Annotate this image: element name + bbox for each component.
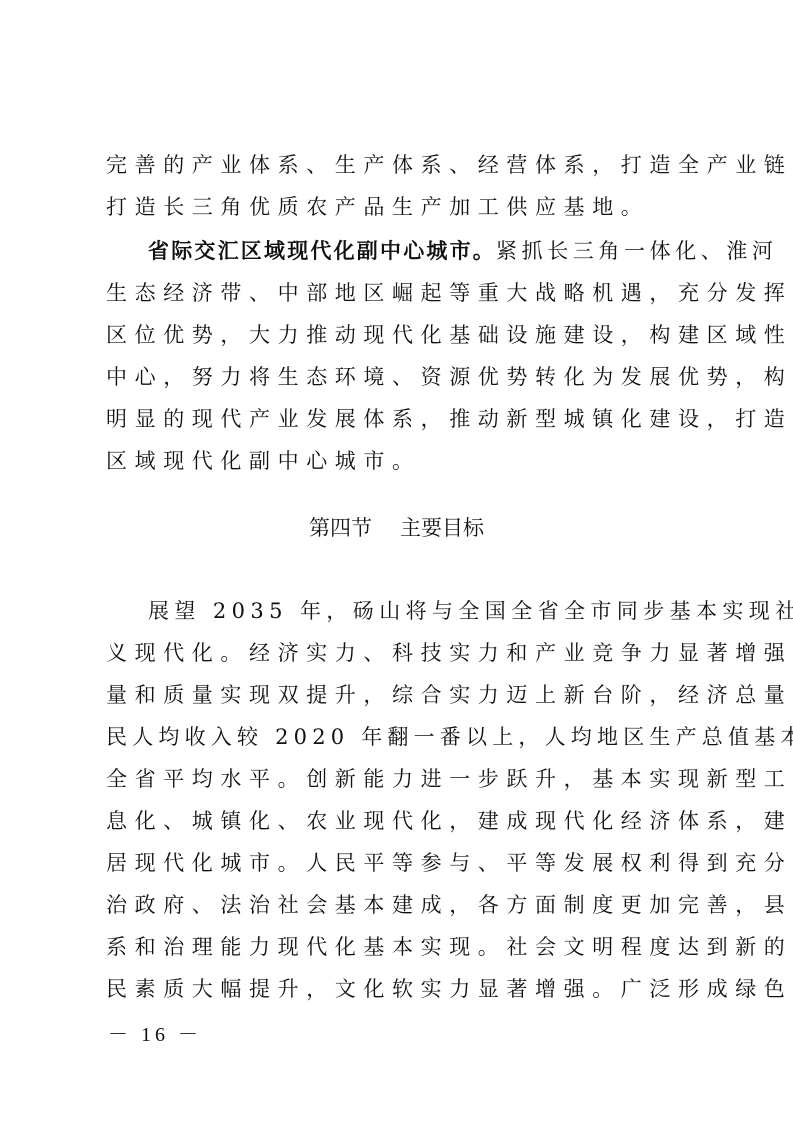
page-number: － 16 －: [108, 1018, 202, 1047]
text-line: 区位优势，大力推动现代化基础设施建设，构建区域性综合交通: [106, 321, 696, 349]
text-line: 明显的现代产业发展体系，推动新型城镇化建设，打造省际交汇: [106, 405, 696, 433]
text-line: 义现代化。经济实力、科技实力和产业竞争力显著增强，经济总: [106, 639, 696, 667]
text-line: 民人均收入较 2020 年翻一番以上，人均地区生产总值基本达到: [106, 723, 696, 751]
bold-lead-heading: 省际交汇区域现代化副中心城市。: [148, 239, 496, 263]
text-line: 完善的产业体系、生产体系、经营体系，打造全产业链发展模式，: [106, 151, 696, 179]
text-line: 生态经济带、中部地区崛起等重大战略机遇，充分发挥省际交汇: [106, 279, 696, 307]
text-line: 打造长三角优质农产品生产加工供应基地。: [106, 193, 696, 221]
document-page: 完善的产业体系、生产体系、经营体系，打造全产业链发展模式， 打造长三角优质农产品…: [0, 0, 793, 1122]
text-line: 全省平均水平。创新能力进一步跃升，基本实现新型工业化、信: [106, 765, 696, 793]
text-line: 中心，努力将生态环境、资源优势转化为发展优势，构建特色化: [106, 363, 696, 391]
text-line-rest: 紧抓长三角一体化、淮河: [496, 239, 778, 263]
text-line: 治政府、法治社会基本建成，各方面制度更加完善，县域治理体: [106, 891, 696, 919]
section-number: 第四节: [309, 516, 372, 540]
section-title: 主要目标: [400, 516, 484, 540]
text-line: 系和治理能力现代化基本实现。社会文明程度达到新的高度，人: [106, 933, 696, 961]
text-line: 民素质大幅提升，文化软实力显著增强。广泛形成绿色生产生活: [106, 975, 696, 1003]
text-line: 展望 2035 年，砀山将与全国全省全市同步基本实现社会主: [148, 597, 738, 625]
text-line: 居现代化城市。人民平等参与、平等发展权利得到充分保障，法: [106, 849, 696, 877]
text-line: 区域现代化副中心城市。: [106, 447, 696, 475]
paragraph-first-line: 省际交汇区域现代化副中心城市。紧抓长三角一体化、淮河: [148, 237, 738, 265]
section-heading: 第四节主要目标: [0, 514, 793, 542]
text-line: 息化、城镇化、农业现代化，建成现代化经济体系，建成和谐宜: [106, 807, 696, 835]
text-line: 量和质量实现双提升，综合实力迈上新台阶，经济总量和城乡居: [106, 681, 696, 709]
